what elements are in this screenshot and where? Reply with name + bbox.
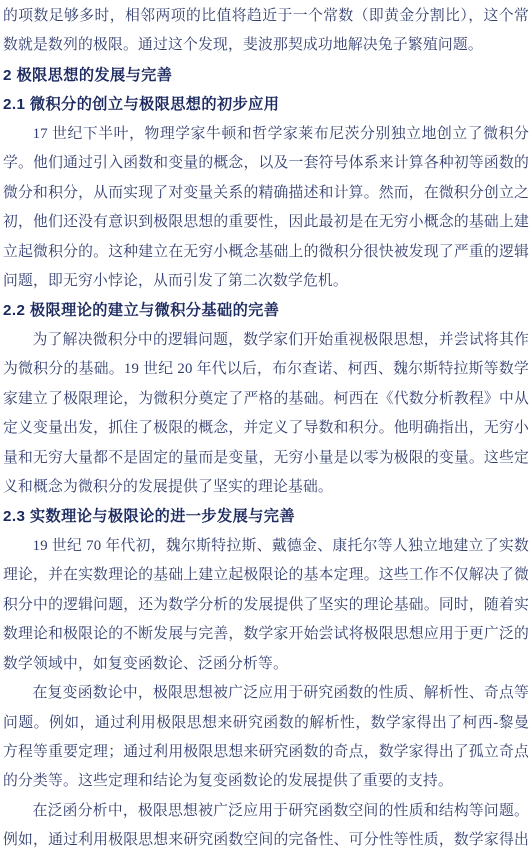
text-line: 家建立了极限理论，为微积分奠定了严格的基础。柯西在《代数分析教程》中从 bbox=[3, 385, 529, 414]
text-line: 19 世纪 70 年代初，魏尔斯特拉斯、戴德金、康托尔等人独立地建立了实数 bbox=[3, 532, 529, 561]
text-line: 学。他们通过引入函数和变量的概念，以及一套符号体系来计算各种初等函数的 bbox=[3, 149, 529, 178]
text-line: 数学领域中，如复变函数论、泛函分析等。 bbox=[3, 650, 529, 679]
text-line: 在泛函分析中，极限思想被广泛应用于研究函数空间的性质和结构等问题。 bbox=[3, 797, 529, 826]
text-line: 数就是数列的极限。通过这个发现，斐波那契成功地解决兔子繁殖问题。 bbox=[3, 31, 529, 60]
text-line: 17 世纪下半叶，物理学家牛顿和哲学家莱布尼茨分别独立地创立了微积分 bbox=[3, 120, 529, 149]
text-line: 在复变函数论中，极限思想被广泛应用于研究函数的性质、解析性、奇点等 bbox=[3, 679, 529, 708]
text-line: 数理论和极限论的不断发展与完善，数学家开始尝试将极限思想应用于更广泛的 bbox=[3, 620, 529, 649]
text-line: 问题，即无穷小悖论，从而引发了第二次数学危机。 bbox=[3, 267, 529, 296]
text-line: 为微积分的基础。19 世纪 20 年代以后，布尔查诺、柯西、魏尔斯特拉斯等数学 bbox=[3, 355, 529, 384]
text-line: 积分中的逻辑问题，还为数学分析的发展提供了坚实的理论基础。同时，随着实 bbox=[3, 591, 529, 620]
text-line: 问题。例如，通过利用极限思想来研究函数的解析性，数学家得出了柯西-黎曼 bbox=[3, 709, 529, 738]
text-line: 初，他们还没有意识到极限思想的重要性，因此最初是在无穷小概念的基础上建 bbox=[3, 208, 529, 237]
document-page: 的项数足够多时，相邻两项的比值将趋近于一个常数（即黄金分割比），这个常数就是数列… bbox=[0, 0, 532, 855]
section-heading: 2.2 极限理论的建立与微积分基础的完善 bbox=[3, 296, 529, 325]
section-heading: 2.3 实数理论与极限论的进一步发展与完善 bbox=[3, 502, 529, 531]
text-line: 理论，并在实数理论的基础上建立起极限论的基本定理。这些工作不仅解决了微 bbox=[3, 561, 529, 590]
text-line: 义和概念为微积分的发展提供了坚实的理论基础。 bbox=[3, 473, 529, 502]
document-body: 的项数足够多时，相邻两项的比值将趋近于一个常数（即黄金分割比），这个常数就是数列… bbox=[3, 2, 529, 855]
text-line: 量和无穷大量都不是固定的量而是变量，无穷小量是以零为极限的变量。这些定 bbox=[3, 444, 529, 473]
text-line: 定义变量出发，抓住了极限的概念，并定义了导数和积分。他明确指出，无穷小 bbox=[3, 414, 529, 443]
text-line: 立起微积分的。这种建立在无穷小概念基础上的微积分很快被发现了严重的逻辑 bbox=[3, 238, 529, 267]
section-heading: 2 极限思想的发展与完善 bbox=[3, 61, 529, 90]
text-line: 微分和积分，从而实现了对变量关系的精确描述和计算。然而，在微积分创立之 bbox=[3, 179, 529, 208]
text-line: 例如，通过利用极限思想来研究函数空间的完备性、可分性等性质，数学家得出 bbox=[3, 826, 529, 855]
section-heading: 2.1 微积分的创立与极限思想的初步应用 bbox=[3, 90, 529, 119]
text-line: 方程等重要定理；通过利用极限思想来研究函数的奇点，数学家得出了孤立奇点 bbox=[3, 738, 529, 767]
text-line: 为了解决微积分中的逻辑问题，数学家们开始重视极限思想，并尝试将其作 bbox=[3, 326, 529, 355]
text-line: 的分类等。这些定理和结论为复变函数论的发展提供了重要的支持。 bbox=[3, 767, 529, 796]
text-line: 的项数足够多时，相邻两项的比值将趋近于一个常数（即黄金分割比），这个常 bbox=[3, 2, 529, 31]
